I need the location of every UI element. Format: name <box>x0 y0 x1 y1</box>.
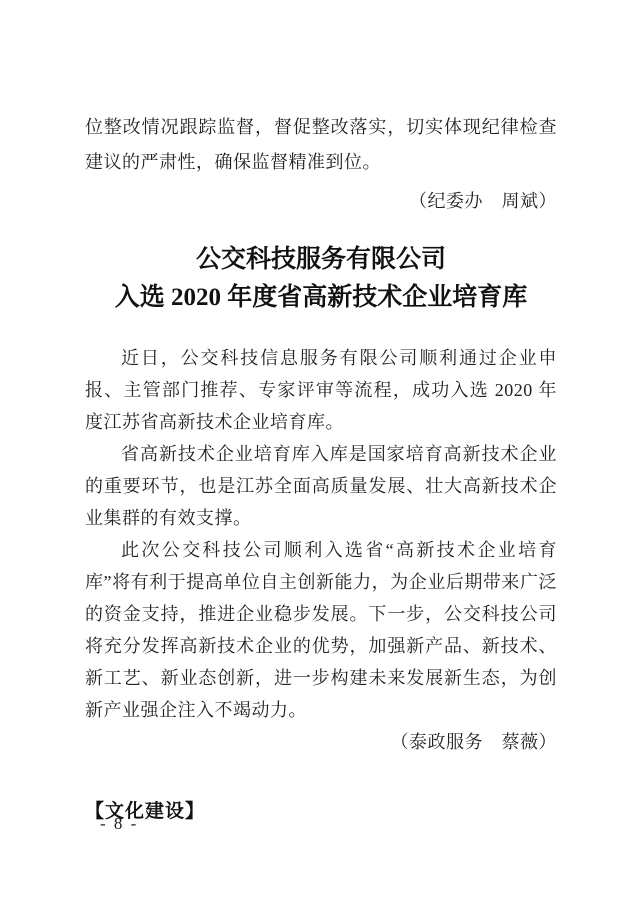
document-page: 位整改情况跟踪监督，督促整改落实，切实体现纪律检查建议的严肃性，确保监督精准到位… <box>0 0 636 900</box>
article-paragraph: 近日，公交科技信息服务有限公司顺利通过企业申报、主管部门推荐、专家评审等流程，成… <box>85 342 557 438</box>
section-header-culture: 【文化建设】 <box>85 798 557 826</box>
attribution-authors-1: （纪委办 周斌） <box>85 185 557 217</box>
article-paragraph: 此次公交科技公司顺利入选省“高新技术企业培育库”将有利于提高单位自主创新能力，为… <box>85 534 557 726</box>
attribution-authors-2: （泰政服务 蔡薇） <box>85 726 557 758</box>
page-number: - 8 - <box>100 814 138 834</box>
article-paragraph: 省高新技术企业培育库入库是国家培育高新技术企业的重要环节，也是江苏全面高质量发展… <box>85 438 557 534</box>
page-content: 位整改情况跟踪监督，督促整改落实，切实体现纪律检查建议的严肃性，确保监督精准到位… <box>85 110 557 826</box>
article-title: 公交科技服务有限公司 入选 2020 年度省高新技术企业培育库 <box>85 241 557 317</box>
article-body: 近日，公交科技信息服务有限公司顺利通过企业申报、主管部门推荐、专家评审等流程，成… <box>85 342 557 726</box>
article-title-line-1: 公交科技服务有限公司 <box>196 246 446 273</box>
article-title-line-2: 入选 2020 年度省高新技术企业培育库 <box>115 284 528 311</box>
continuation-paragraph: 位整改情况跟踪监督，督促整改落实，切实体现纪律检查建议的严肃性，确保监督精准到位… <box>85 110 557 180</box>
